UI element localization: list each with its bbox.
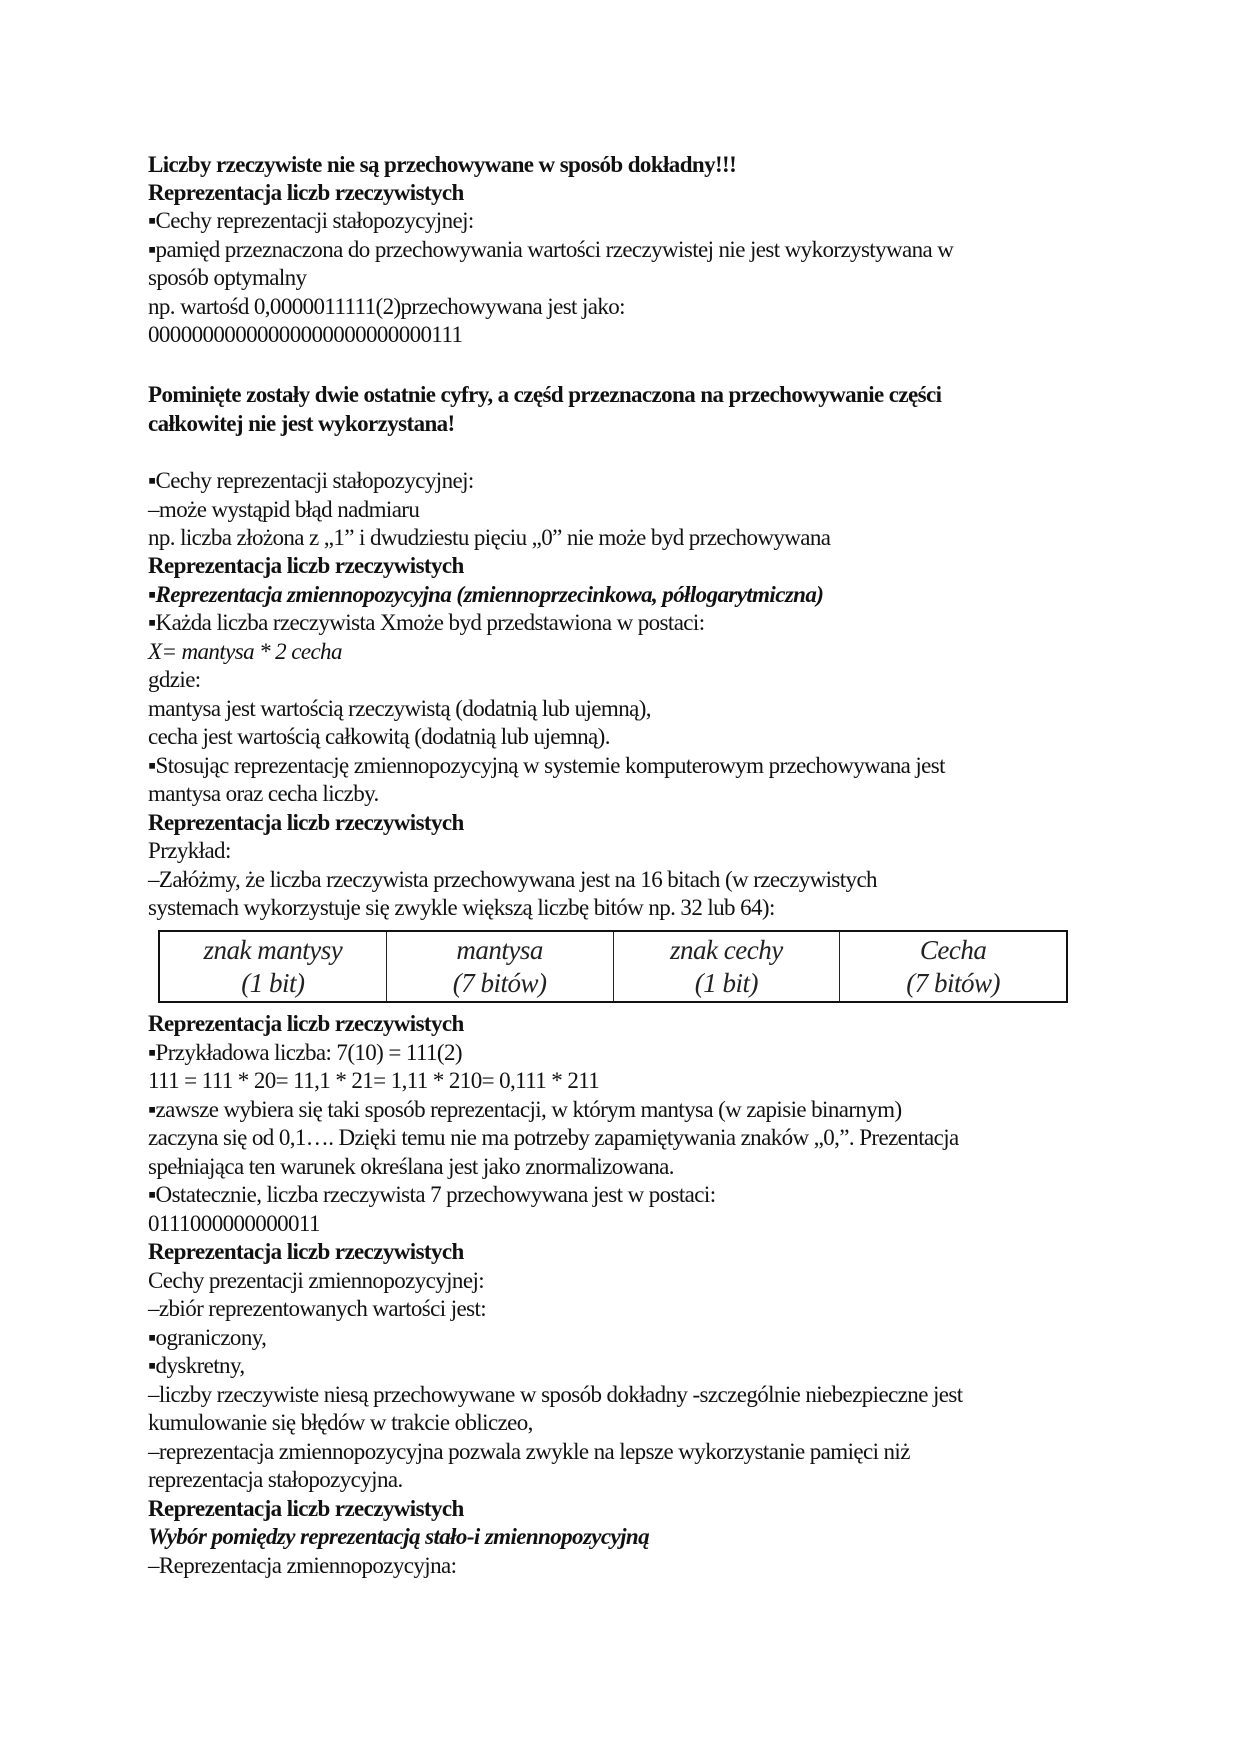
text-line: ▪pamięd przeznaczona do przechowywania w… (148, 235, 953, 264)
text-line: –zbiór reprezentowanych wartości jest: (148, 1294, 486, 1323)
text-line: ▪Każda liczba rzeczywista Xmoże byd prze… (148, 608, 705, 637)
table-cell-sign-mantissa: znak mantysy (1 bit) (160, 932, 387, 1001)
text-line: np. wartośd 0,0000011111(2)przechowywana… (148, 292, 625, 321)
text-line: systemach wykorzystuje się zwykle większ… (148, 893, 775, 922)
text-line: –Załóżmy, że liczba rzeczywista przechow… (148, 865, 877, 894)
text-line: ▪Reprezentacja zmiennopozycyjna (zmienno… (148, 580, 823, 609)
text-line: spełniająca ten warunek określana jest j… (148, 1152, 674, 1181)
text-line: ▪Cechy reprezentacji stałopozycyjnej: (148, 206, 474, 235)
text-line: Wybór pomiędzy reprezentacją stało-i zmi… (148, 1522, 649, 1551)
text-line: X= mantysa * 2 cecha (148, 637, 342, 666)
text-line: reprezentacja stałopozycyjna. (148, 1465, 403, 1494)
text-line: ▪Ostatecznie, liczba rzeczywista 7 przec… (148, 1180, 715, 1209)
bit-layout-table: znak mantysy (1 bit) mantysa (7 bitów) z… (158, 930, 1068, 1003)
text-line: –może wystąpid błąd nadmiaru (148, 495, 419, 524)
heading-line: Reprezentacja liczb rzeczywistych (148, 551, 464, 580)
text-line: sposób optymalny (148, 263, 306, 292)
heading-line: Reprezentacja liczb rzeczywistych (148, 1009, 464, 1038)
text-line: ▪ograniczony, (148, 1323, 266, 1352)
text-line: mantysa oraz cecha liczby. (148, 779, 379, 808)
text-line: Przykład: (148, 836, 231, 865)
text-line: ▪zawsze wybiera się taki sposób reprezen… (148, 1095, 902, 1124)
heading-line: Reprezentacja liczb rzeczywistych (148, 808, 464, 837)
table-cell-exponent: Cecha (7 bitów) (840, 932, 1066, 1001)
text-line: zaczyna się od 0,1…. Dzięki temu nie ma … (148, 1123, 959, 1152)
table-cell-sign-exponent: znak cechy (1 bit) (614, 932, 841, 1001)
text-line: –reprezentacja zmiennopozycyjna pozwala … (148, 1437, 910, 1466)
text-line: cecha jest wartością całkowitą (dodatnią… (148, 722, 610, 751)
heading-line: Liczby rzeczywiste nie są przechowywane … (148, 150, 736, 179)
text-line: ▪Przykładowa liczba: 7(10) = 111(2) (148, 1038, 462, 1067)
text-line: Cechy prezentacji zmiennopozycyjnej: (148, 1266, 484, 1295)
text-line: 00000000000000000000000000111 (148, 320, 462, 349)
table-cell-mantissa: mantysa (7 bitów) (387, 932, 614, 1001)
text-line: ▪Stosując reprezentację zmiennopozycyjną… (148, 751, 945, 780)
text-line: –Reprezentacja zmiennopozycyjna: (148, 1551, 456, 1580)
heading-line: Reprezentacja liczb rzeczywistych (148, 1237, 464, 1266)
document-page: Liczby rzeczywiste nie są przechowywane … (0, 0, 1240, 1754)
text-line: gdzie: (148, 665, 201, 694)
text-line: ▪dyskretny, (148, 1351, 245, 1380)
heading-line: całkowitej nie jest wykorzystana! (148, 409, 455, 438)
text-line: –liczby rzeczywiste niesą przechowywane … (148, 1380, 963, 1409)
text-line: 0111000000000011 (148, 1209, 320, 1238)
heading-line: Reprezentacja liczb rzeczywistych (148, 1494, 464, 1523)
text-line: mantysa jest wartością rzeczywistą (doda… (148, 694, 651, 723)
text-line: ▪Cechy reprezentacji stałopozycyjnej: (148, 466, 474, 495)
text-line: kumulowanie się błędów w trakcie oblicze… (148, 1408, 533, 1437)
text-line: np. liczba złożona z „1” i dwudziestu pi… (148, 523, 830, 552)
text-line: 111 = 111 * 20= 11,1 * 21= 1,11 * 210= 0… (148, 1066, 599, 1095)
heading-line: Reprezentacja liczb rzeczywistych (148, 178, 464, 207)
heading-line: Pominięte zostały dwie ostatnie cyfry, a… (148, 380, 941, 409)
